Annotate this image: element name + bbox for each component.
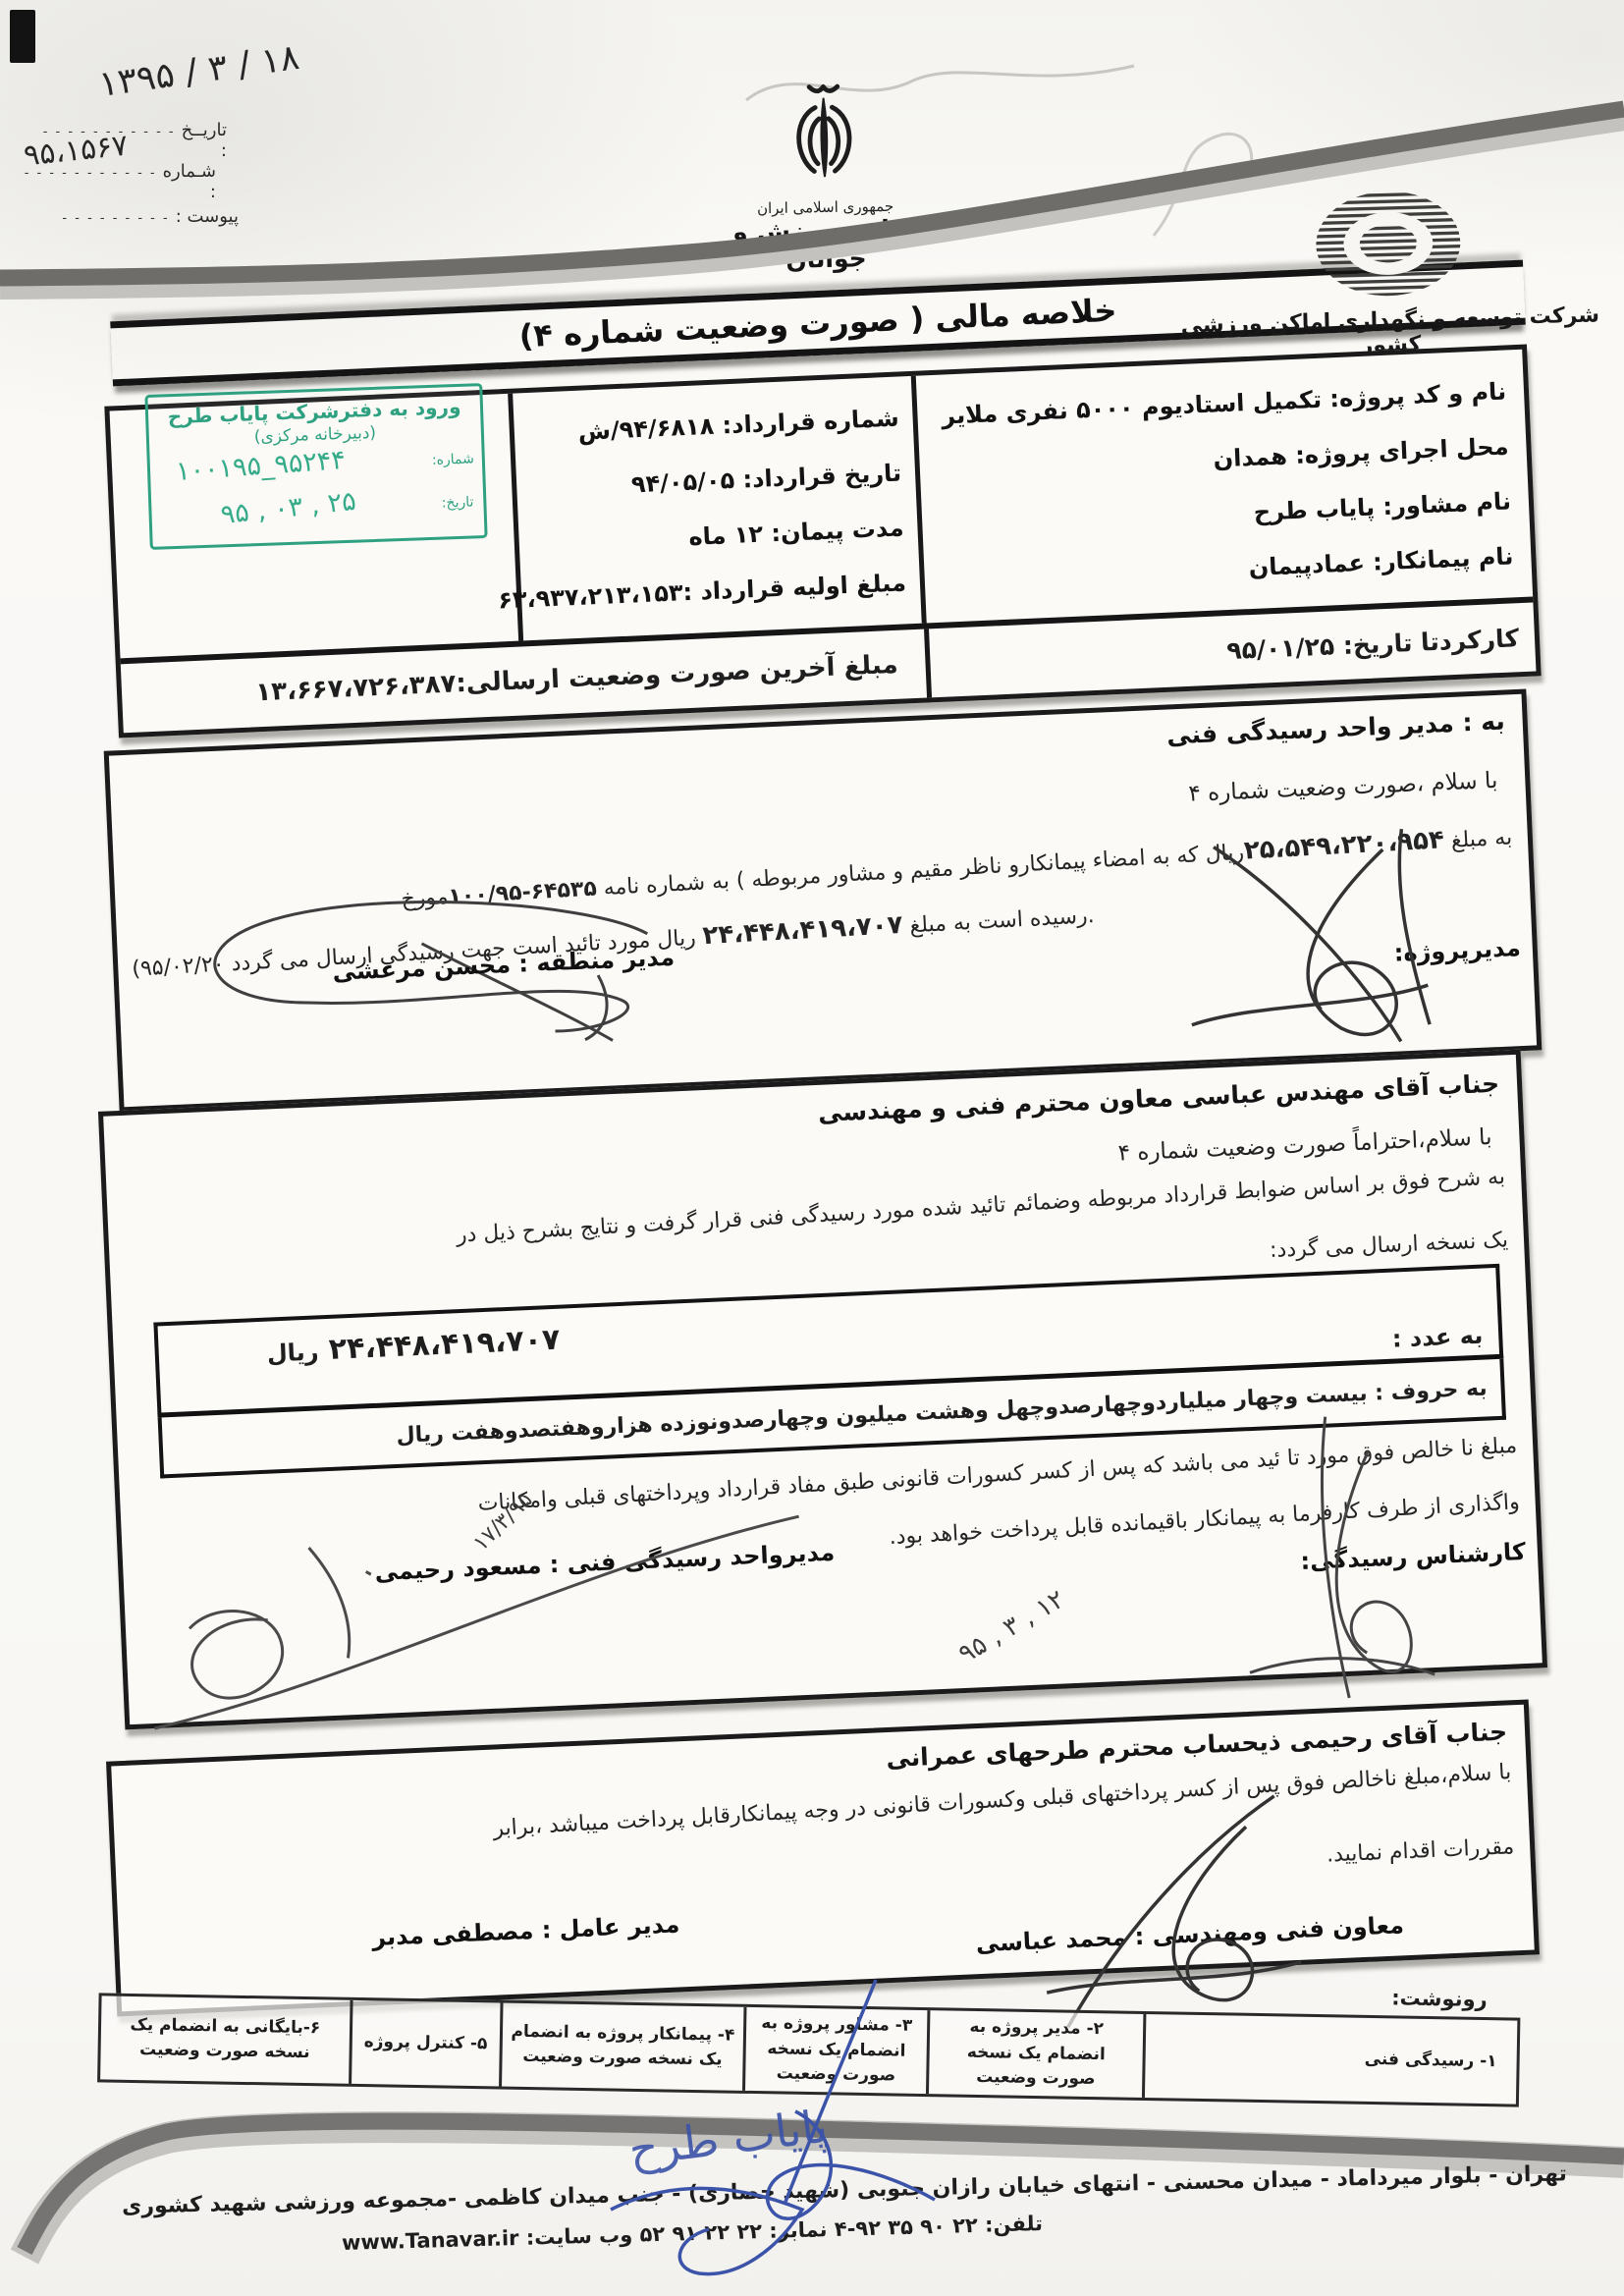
ministry-name: وزارت ورزش و جوانان <box>688 214 964 276</box>
document-title: خلاصه مالی ( صورت وضعیت شماره ۴) <box>518 292 1117 355</box>
national-emblem-block: جمهوری اسلامی ایران وزارت ورزش و جوانان <box>685 77 963 276</box>
contract-info-cell: شماره قرارداد: ۹۴/۶۸۱۸/ش تاریخ قرارداد: … <box>508 376 927 641</box>
section2-note-line2: واگذاری از طرف کارفرما به پیمانکار باقیم… <box>889 1490 1520 1550</box>
section-deputy-review: جناب آقای مهندس عباسی معاون محترم فنی و … <box>98 1050 1547 1730</box>
project-info-cell: نام و کد پروژه: تکمیل استادیوم ۵۰۰۰ نفری… <box>916 350 1533 624</box>
amount-numeric-value: ۲۴،۴۴۸،۴۱۹،۷۰۷ ریال <box>266 1323 561 1370</box>
distribution-item-5: ۵- کنترل پروژه <box>349 2000 501 2086</box>
section3-body-line1: با سلام،مبلغ ناخالص فوق پس از کسر پرداخت… <box>492 1760 1511 1841</box>
attachment-label: پیوست : <box>176 206 239 227</box>
ceo-name: مدیر عامل : مصطفی مدبر <box>371 1910 679 1951</box>
section1-addressee: به : مدیر واحد رسیدگی فنی <box>1166 707 1506 750</box>
amount-numeric-label: به عدد : <box>1391 1322 1484 1353</box>
section1-body-line1: به مبلغ ۲۵،۵۴۹،۲۲۰،۹۵۴ریال که به امضاء پ… <box>400 821 1512 912</box>
review-unit-manager-name: مدیرواحد رسیدگی فنی : مسعود رحیمی <box>374 1539 836 1586</box>
number-label: شـماره : <box>163 161 216 202</box>
section2-body-line2: یک نسخه ارسال می گردد: <box>1270 1228 1509 1263</box>
handwritten-date-95-3-12: ۹۵ , ۳ , ۱۲ <box>953 1585 1069 1669</box>
attachment-field-row: پیوست : - - - - - - - - - <box>47 206 239 227</box>
section2-greeting: با سلام،احتراماً صورت وضعیت شماره ۴ <box>1117 1124 1492 1167</box>
section1-greeting: با سلام ،صورت وضعیت شماره ۴ <box>1188 768 1498 807</box>
stamp-date-label: تاریخ: <box>442 494 474 511</box>
stamp-date-value: ۹۵ , ۰۳ , ۲۵ <box>219 486 357 530</box>
scan-corner-artifact <box>10 10 35 63</box>
secretariat-entry-stamp: ورود به دفترشرکت پایاب طرح (دبیرخانه مرک… <box>144 383 487 550</box>
section2-addressee: جناب آقای مهندس عباسی معاون محترم فنی و … <box>817 1069 1499 1127</box>
company-logo-icon <box>1310 185 1466 302</box>
number-dashes: - - - - - - - - - - - <box>25 166 157 181</box>
iran-emblem-icon <box>781 78 867 192</box>
project-manager-label: مدیرپروژه: <box>1393 934 1521 967</box>
scanned-letter-page: { "letterhead": { "hand_date": "۱۳۹۵ / ۳… <box>0 0 1624 2296</box>
distribution-item-6: ۶-بایگانی به انضمام یک نسخه صورت وضعیت <box>100 1995 350 2083</box>
distribution-item-1: ۱- رسیدگی فنی <box>1142 2014 1518 2104</box>
number-field-row: شـماره : - - - - - - - - - - - <box>29 161 216 202</box>
stamp-number-label: شماره: <box>432 451 474 467</box>
stamp-number-value: ۱۰۰۱۹۵_۹۵۲۴۴ <box>175 445 347 487</box>
consultant-blue-signature <box>550 1962 972 2286</box>
section3-body-line2: مقررات اقدام نمایید. <box>1326 1834 1515 1867</box>
handwritten-received-date: ۱۳۹۵ / ۳ / ۱۸ <box>96 37 301 105</box>
review-manager-signature <box>106 1499 822 1755</box>
review-expert-label: کارشناس رسیدگی: <box>1300 1538 1527 1575</box>
date-label: تاریــخ : <box>182 120 227 161</box>
attachment-dashes: - - - - - - - - - <box>62 211 169 226</box>
deputy-name: معاون فنی ومهندسی : محمد عباسی <box>975 1911 1404 1957</box>
section-technical-review: به : مدیر واحد رسیدگی فنی با سلام ،صورت … <box>104 689 1543 1113</box>
